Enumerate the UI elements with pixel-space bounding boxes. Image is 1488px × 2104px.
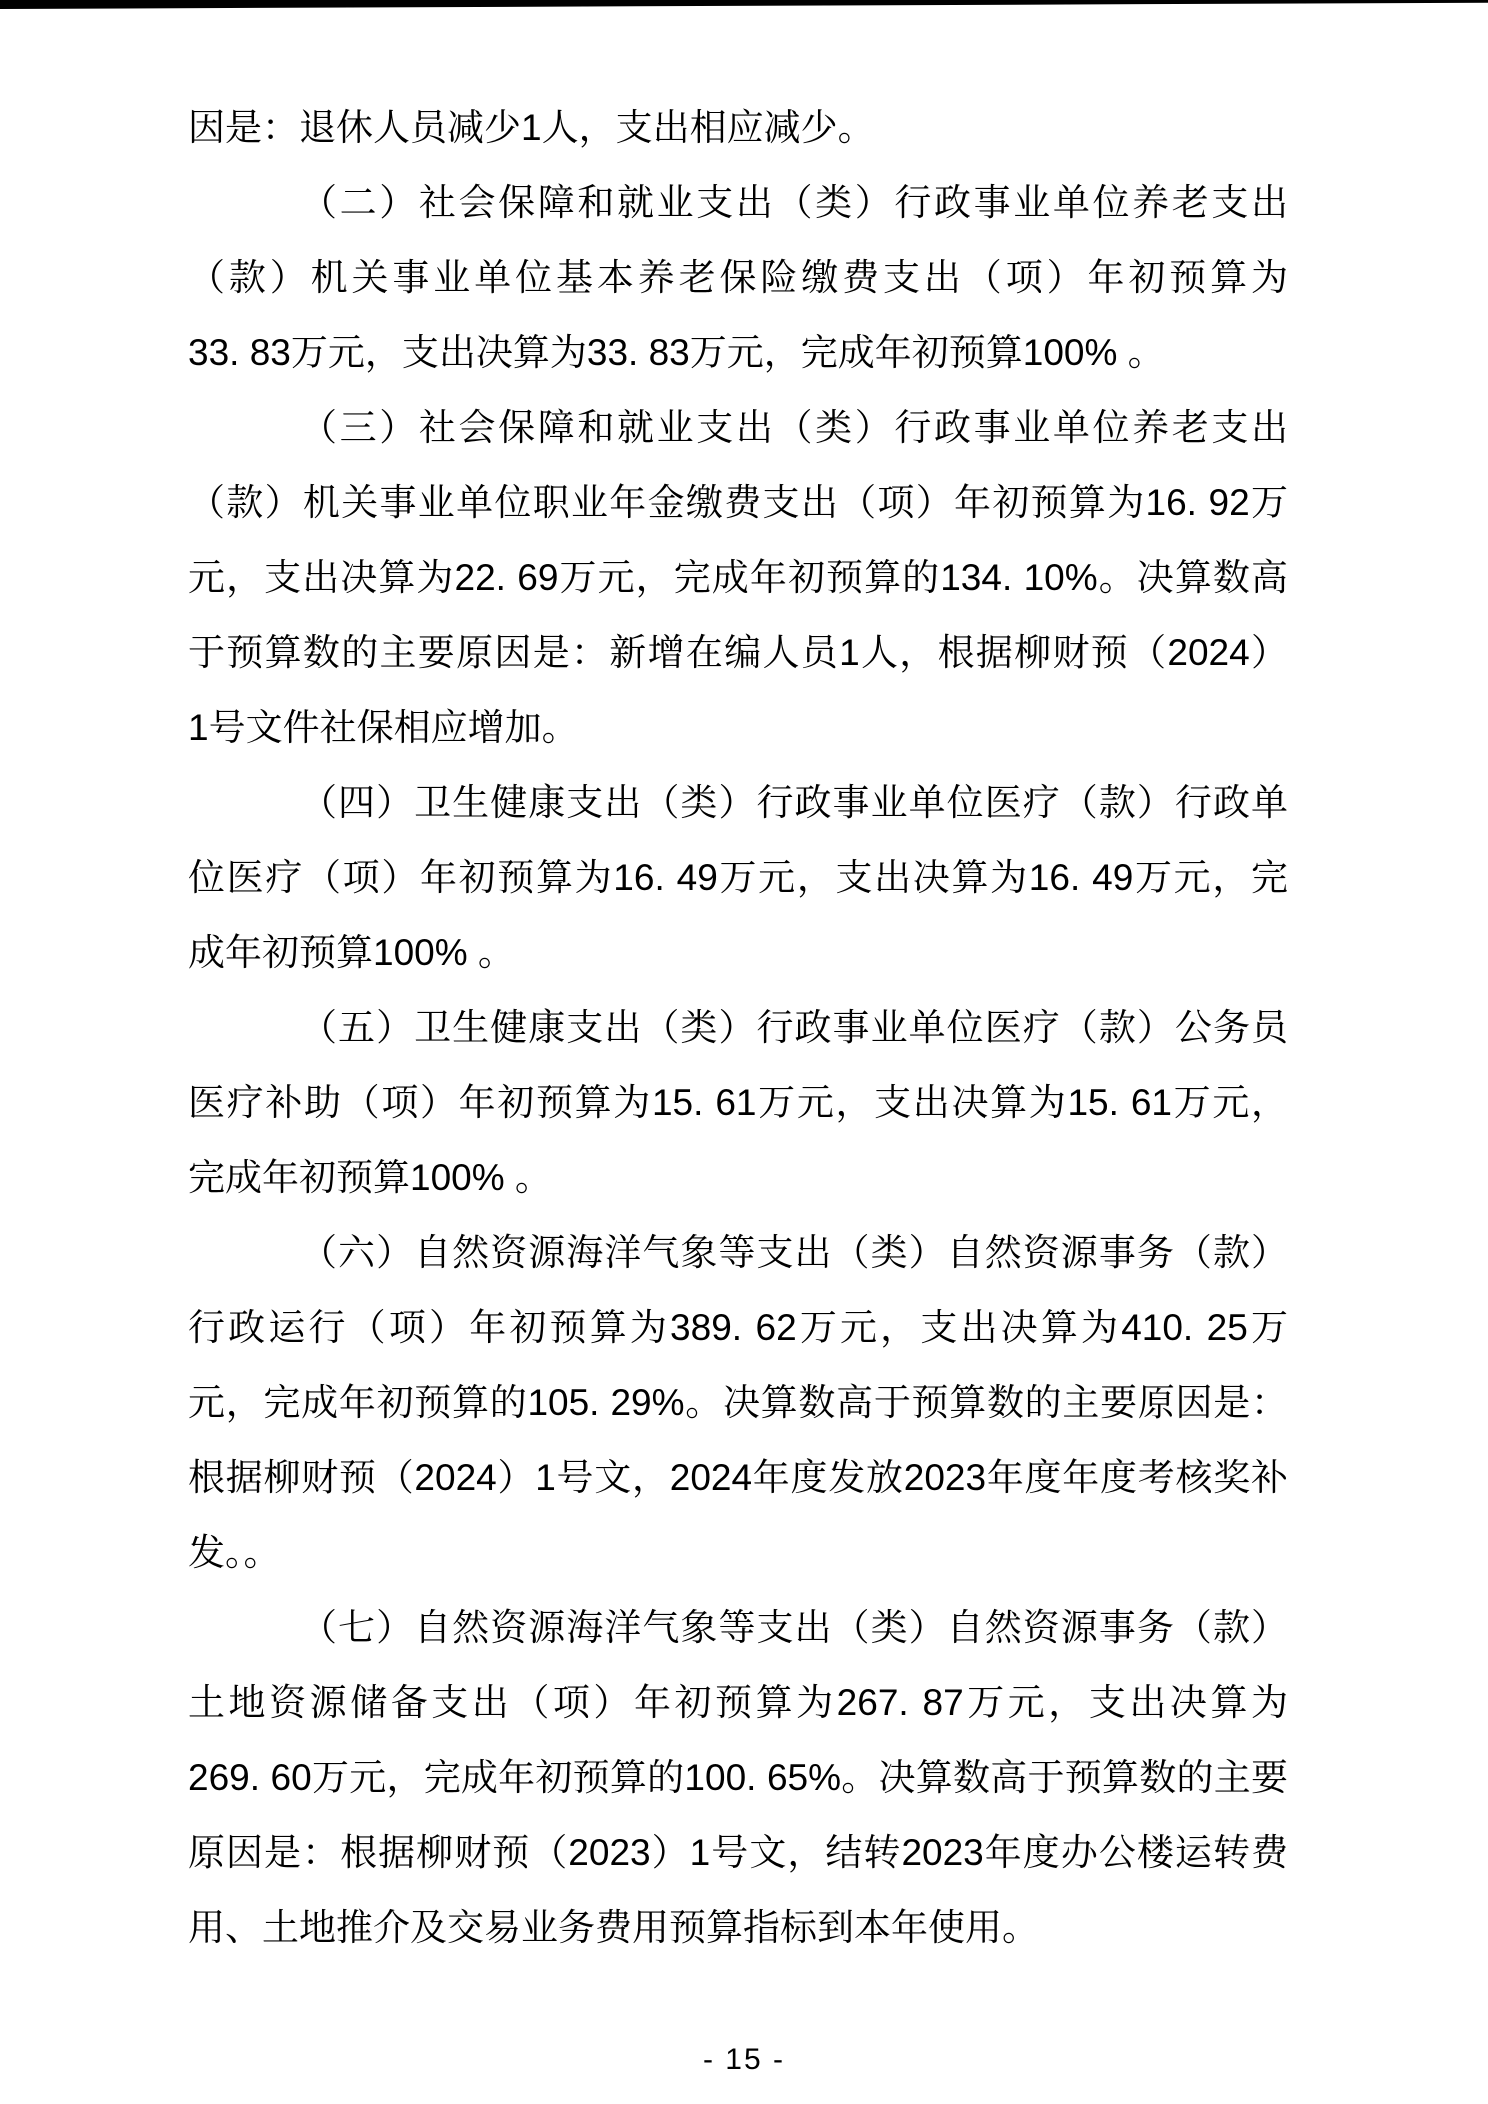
text-line: 因是：退休人员减少1人，支出相应减少。: [188, 90, 1288, 165]
text-line: 269. 60万元，完成年初预算的100. 65%。决算数高于预算数的主要: [188, 1740, 1288, 1815]
scan-artifact-top-edge: [0, 0, 1488, 9]
text-line: 成年初预算100% 。: [188, 915, 1288, 990]
text-line: （款）机关事业单位基本养老保险缴费支出（项）年初预算为: [188, 240, 1288, 315]
text-line: 元，支出决算为22. 69万元，完成年初预算的134. 10%。决算数高: [188, 540, 1288, 615]
document-body: 因是：退休人员减少1人，支出相应减少。 （二）社会保障和就业支出（类）行政事业单…: [188, 90, 1288, 1965]
text-line: （七）自然资源海洋气象等支出（类）自然资源事务（款）: [188, 1590, 1288, 1665]
text-line: 1号文件社保相应增加。: [188, 690, 1288, 765]
page-number: - 15 -: [0, 2040, 1488, 2080]
text-line: 发。。: [188, 1515, 1288, 1590]
text-line: 位医疗（项）年初预算为16. 49万元，支出决算为16. 49万元，完: [188, 840, 1288, 915]
text-line: 33. 83万元，支出决算为33. 83万元，完成年初预算100% 。: [188, 315, 1288, 390]
text-line: （款）机关事业单位职业年金缴费支出（项）年初预算为16. 92万: [188, 465, 1288, 540]
text-line: （四）卫生健康支出（类）行政事业单位医疗（款）行政单: [188, 765, 1288, 840]
text-line: 行政运行（项）年初预算为389. 62万元，支出决算为410. 25万: [188, 1290, 1288, 1365]
text-line: 用、土地推介及交易业务费用预算指标到本年使用。: [188, 1890, 1288, 1965]
text-line: （五）卫生健康支出（类）行政事业单位医疗（款）公务员: [188, 990, 1288, 1065]
text-line: 医疗补助（项）年初预算为15. 61万元，支出决算为15. 61万元，: [188, 1065, 1288, 1140]
text-line: （六）自然资源海洋气象等支出（类）自然资源事务（款）: [188, 1215, 1288, 1290]
text-line: 土地资源储备支出（项）年初预算为267. 87万元，支出决算为: [188, 1665, 1288, 1740]
text-line: 完成年初预算100% 。: [188, 1140, 1288, 1215]
document-page: 因是：退休人员减少1人，支出相应减少。 （二）社会保障和就业支出（类）行政事业单…: [0, 0, 1488, 2104]
text-line: 于预算数的主要原因是：新增在编人员1人，根据柳财预（2024）: [188, 615, 1288, 690]
text-line: （二）社会保障和就业支出（类）行政事业单位养老支出: [188, 165, 1288, 240]
text-line: 元，完成年初预算的105. 29%。决算数高于预算数的主要原因是：: [188, 1365, 1288, 1440]
text-line: 根据柳财预（2024）1号文，2024年度发放2023年度年度考核奖补: [188, 1440, 1288, 1515]
text-line: 原因是：根据柳财预（2023）1号文，结转2023年度办公楼运转费: [188, 1815, 1288, 1890]
text-line: （三）社会保障和就业支出（类）行政事业单位养老支出: [188, 390, 1288, 465]
